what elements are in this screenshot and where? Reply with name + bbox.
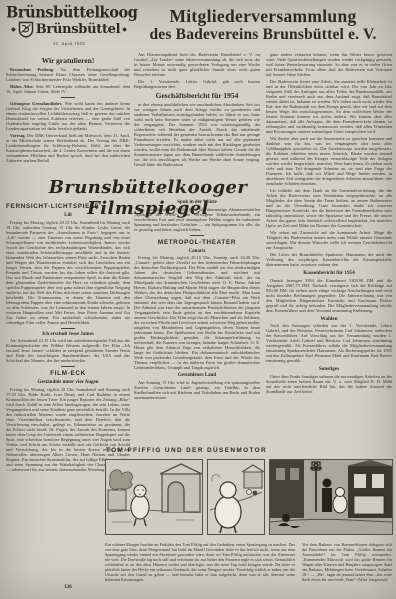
article-paragraph: Wir dürfen aber auch auf die Sonnenseite… (266, 136, 392, 186)
report-paragraph: in drei ebenso ausführlichen wie anschau… (134, 102, 260, 167)
comic-caption-right: Vor dem Rathaus von Bommelshusen drängte… (302, 543, 392, 595)
divider (61, 97, 75, 98)
film-review-lili: Freitag bis Montag, täglich 20.15 Uhr, S… (6, 220, 130, 325)
sonstiges-title: Sonstiges (266, 366, 392, 372)
ornament-left: ◆ (11, 27, 16, 33)
film-title-jesse-james: Ich erschoß Jesse James (6, 332, 130, 337)
film-review-canaris: Freitag bis Montag, täglich 20.15 Uhr, S… (134, 255, 260, 370)
greetings-item-text: Wie wohl kaum ein anderer kennt Gerhard … (6, 101, 130, 131)
film-review-jesse-james: Am Sonnabend 22.15 Uhr wird ein aufsehen… (6, 338, 130, 363)
comic-panel-3 (269, 459, 393, 535)
divider (61, 328, 75, 329)
main-headline: Mitgliederversammlung des Badevereins Br… (134, 7, 392, 44)
masthead-title-line1: Brünsbüttelkoog (6, 4, 132, 20)
divider (190, 235, 204, 236)
article-continuation-column: ganz anders verlaufen können, wenn das W… (266, 52, 392, 460)
filmeck-title: FILM-ECK (6, 370, 130, 377)
comic-title: TOM PFIFFIG UND DER DÜSENMOTOR (106, 447, 267, 454)
newspaper-page: Brünsbüttelkoog ◆ Brünsbüttel ◆ 15. Apri… (0, 0, 396, 599)
film-review-spuk: Am Sonnabend 22.15 Uhr läuft der übermüt… (134, 207, 260, 232)
coat-of-arms-icon (18, 21, 34, 38)
film-title-spuk: Spuk in der Wüste (134, 200, 260, 205)
page-number: 126 (6, 585, 130, 590)
article-lead-in: Der 1. Vorsitzende, Lektor Gabriel, gab … (134, 79, 260, 89)
article-paragraph: Der Leiter der Brunsbütteler Sparkasse, … (266, 252, 392, 267)
fernsicht-title: FERNSICHT-LICHTSPIELE (6, 203, 130, 210)
ornament-right: ◆ (122, 27, 127, 33)
article-paragraph: Der Badeverein leistet eine Arbeit, die … (266, 79, 392, 134)
article-paragraph: Ich schließe mit dem Dank an die Gemeind… (266, 188, 392, 228)
film-title-gestohlenes-land: Gestohlenes Land (134, 373, 260, 378)
greetings-title: Wir gratulieren! (6, 56, 130, 65)
film-review-gestohlenes-land: Am Sonntag 15 Uhr wird in Jugendvorstell… (134, 380, 260, 400)
film-title-gestaendnis: Geständnis unter vier Augen (6, 380, 130, 385)
greetings-item: Gelungene Grenzlandfahrt. Wie wohl kaum … (6, 101, 130, 131)
comic-panel-1 (105, 459, 203, 535)
kassenbericht-text: Danach betrugen 1954 die Einnahmen 3103,… (266, 278, 392, 313)
article-intro-column: Am Donnerstagabend hielt der Badeverein … (134, 52, 260, 178)
report-title: Geschäftsbericht für 1954 (134, 91, 260, 100)
article-intro: Am Donnerstagabend hielt der Badeverein … (134, 52, 260, 77)
headline-line2: des Badevereins Brunsbüttel e. V. (134, 26, 392, 44)
film-title-lili: Lili (6, 213, 130, 218)
greetings-item-text: Der DRK-Ortsverband hielt am Mittwoch, d… (6, 133, 130, 163)
greetings-section: Wir gratulieren! Bestandene Prüfung. Vor… (6, 54, 130, 178)
divider (61, 366, 75, 367)
comic-panel-2 (207, 459, 265, 535)
greetings-item: Vortrag. Der DRK-Ortsverband hielt am Mi… (6, 133, 130, 163)
masthead: Brünsbüttelkoog ◆ Brünsbüttel ◆ 15. Apri… (6, 5, 132, 46)
wahlen-title: Wahlen (266, 316, 392, 322)
article-paragraph: ganz anders verlaufen können, wenn das W… (266, 52, 392, 77)
metropol-title: METROPOL-THEATER (134, 239, 260, 246)
sonstiges-text: Unter dem Punkt Sonstiges nahmen die not… (266, 374, 392, 394)
comic-strip (105, 459, 393, 535)
wahlen-text: Nach den Satzungen schieden aus der 1. V… (266, 323, 392, 363)
article-paragraph: Wir sehen mit Zuversicht auf die kommend… (266, 230, 392, 250)
greetings-item: Hohes Alter. Sein 80. Lebensjahr vollend… (6, 84, 130, 94)
issue-date: 15. April 1955 (6, 41, 132, 46)
masthead-title-line2: Brünsbüttel (36, 22, 121, 37)
metropol-column: Spuk in der Wüste Am Sonnabend 22.15 Uhr… (134, 197, 260, 453)
kassenbericht-title: Kassenbericht für 1954 (266, 270, 392, 276)
film-title-canaris: Canaris (134, 249, 260, 254)
greetings-item: Bestandene Prüfung. Vor dem Prüfungsauss… (6, 67, 130, 82)
headline-line1: Mitgliederversammlung (134, 7, 392, 26)
comic-caption-left: Ein schöner Morgen brachte im Frühjahr d… (105, 543, 295, 595)
